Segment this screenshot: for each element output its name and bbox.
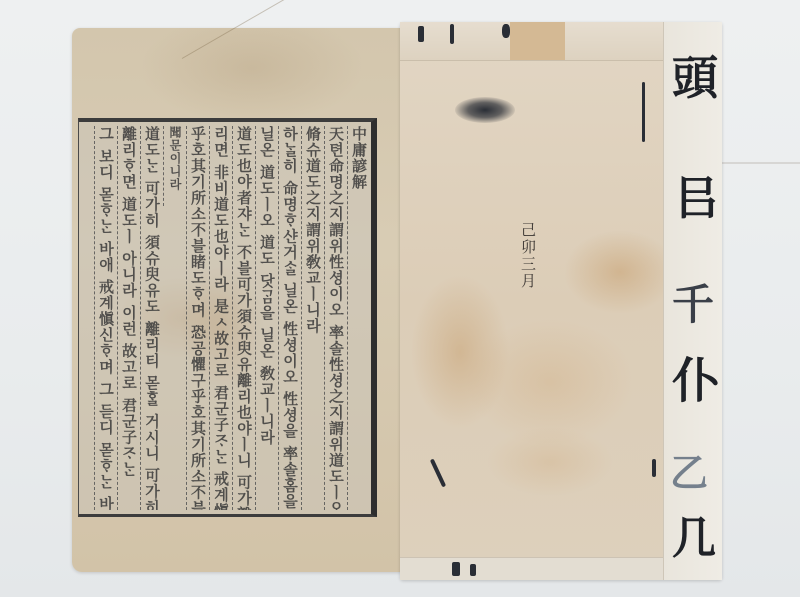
- text-column-title: 中庸諺解: [347, 126, 369, 510]
- calligraphy-char: 㠯: [674, 162, 720, 228]
- text-column: 하ᄂᆞᆯ히 命명ᄒᆞ샨거ᄉᆞᆯ 닐온 性셩이오 性셩을 率솔홈을: [278, 126, 300, 510]
- right-page-cover: 己卯三月 頭 㠯 千 仆 乙 几: [400, 22, 722, 580]
- text-column: 닐온 道도ㅣ오 道도 닷ᄀᆞᆷ을 닐온 敎교ㅣ니라: [255, 126, 277, 510]
- ink-mark: [418, 26, 424, 42]
- background-crease: [718, 162, 800, 164]
- ink-mark: [450, 24, 454, 44]
- left-page: 中庸諺解 天텬命명之지謂위性셩이오 率솔性셩之지謂위道도ㅣ오 脩슈道도之지謂위敎…: [72, 28, 402, 572]
- calligraphy-char: 几: [672, 502, 716, 566]
- text-column: 리면 非비道도也야ㅣ라 是ㅅ故고로 君군子ᄌᆞᄂᆞᆫ 戒계愼신: [209, 126, 231, 510]
- calligraphy-char: 千: [672, 272, 714, 332]
- text-column: 聞문이니라: [163, 126, 185, 206]
- calligraphy-char: 頭: [672, 42, 718, 108]
- ink-mark: [502, 24, 510, 38]
- text-column: 道도ᄂᆞᆫ 可가히 須슈臾유도 離리티 몯ᄒᆞᆯ 거시니 可가히: [140, 126, 162, 510]
- handwritten-annotation: 己卯三月: [518, 222, 539, 290]
- text-column: 道도也야者쟈ᄂᆞᆫ 不블可가須슈臾유離리也야ㅣ니 可가離: [232, 126, 254, 510]
- calligraphy-char: 仆: [672, 342, 720, 411]
- text-column: 脩슈道도之지謂위敎교ㅣ니라: [301, 126, 323, 510]
- text-column: 天텬命명之지謂위性셩이오 率솔性셩之지謂위道도ㅣ오: [324, 126, 346, 510]
- text-column: 그 보디 몯ᄒᆞᄂᆞᆫ 바애 戒계愼신ᄒᆞ며 그 듣디 몯ᄒᆞᄂᆞᆫ 바애: [94, 126, 116, 510]
- spine-calligraphy-strip: 頭 㠯 千 仆 乙 几: [663, 22, 722, 580]
- ink-mark: [452, 562, 460, 576]
- ink-blot: [455, 97, 515, 123]
- paper-fold-line: [182, 0, 408, 59]
- ink-mark: [470, 564, 476, 576]
- text-column: 乎호其기所소不블睹도ᄒᆞ며 恐공懼구乎호其기所소不블聞: [186, 126, 208, 510]
- text-column: 離리ᄒᆞ면 道도ㅣ 아니라 이런 故고로 君군子ᄌᆞᄂᆞᆫ: [117, 126, 139, 510]
- calligraphy-char: 乙: [670, 442, 708, 497]
- ink-mark: [430, 459, 446, 488]
- stain-patch: [510, 22, 565, 60]
- ink-mark: [642, 82, 645, 142]
- printed-text-frame: 中庸諺解 天텬命명之지謂위性셩이오 率솔性셩之지謂위道도ㅣ오 脩슈道도之지謂위敎…: [78, 118, 377, 517]
- ink-mark: [652, 459, 656, 477]
